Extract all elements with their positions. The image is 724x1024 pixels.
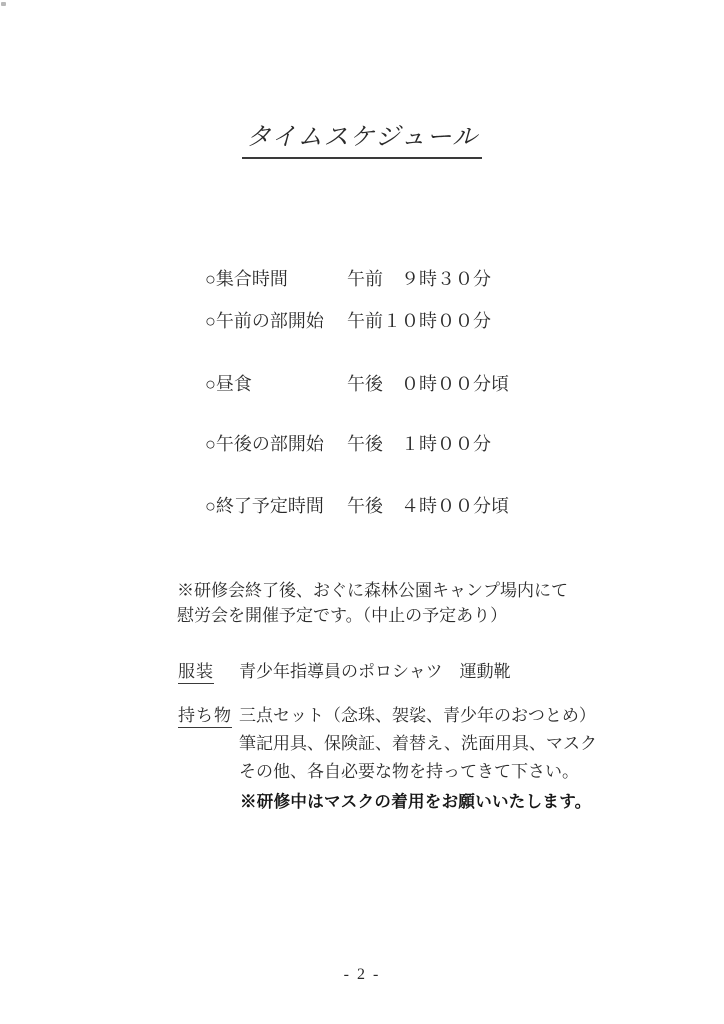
section-clothing-label: 服装 [178, 662, 214, 684]
schedule-label: ○終了予定時間 [205, 497, 347, 515]
schedule-row-meeting-time: ○集合時間 午前 ９時３０分 [205, 270, 509, 288]
section-belongings-line3: その他、各自必要な物を持ってきて下さい。 [239, 758, 597, 786]
schedule-row-afternoon-start: ○午後の部開始 午後 １時００分 [205, 435, 509, 453]
schedule-time: 午前 ９時３０分 [347, 270, 491, 288]
note-after-session: ※研修会終了後、おぐに森林公園キャンプ場内にて 慰労会を開催予定です。（中止の予… [177, 578, 568, 628]
schedule-row-morning-start: ○午前の部開始 午前１０時００分 [205, 312, 509, 330]
section-belongings-label: 持ち物 [178, 706, 232, 728]
schedule-list: ○集合時間 午前 ９時３０分 ○午前の部開始 午前１０時００分 ○昼食 午後 ０… [205, 270, 509, 515]
schedule-time: 午前１０時００分 [347, 312, 491, 330]
page-title: タイムスケジュール [242, 124, 482, 159]
section-belongings-line2: 筆記用具、保険証、着替え、洗面用具、マスク [239, 730, 597, 758]
scan-artifact-speck [1, 2, 6, 6]
section-belongings-content: 三点セット（念珠、袈裟、青少年のおつとめ） 筆記用具、保険証、着替え、洗面用具、… [239, 702, 597, 786]
section-clothing-label-col: 服装 [178, 658, 239, 686]
note-after-session-line1: ※研修会終了後、おぐに森林公園キャンプ場内にて [177, 578, 568, 603]
schedule-label: ○集合時間 [205, 270, 347, 288]
schedule-label: ○昼食 [205, 375, 347, 393]
schedule-time: 午後 １時００分 [347, 435, 491, 453]
schedule-label: ○午後の部開始 [205, 435, 347, 453]
schedule-row-end-time: ○終了予定時間 午後 ４時００分頃 [205, 497, 509, 515]
schedule-time: 午後 ４時００分頃 [347, 497, 509, 515]
page-number: - 2 - [0, 966, 724, 984]
note-mask-required: ※研修中はマスクの着用をお願いいたします。 [240, 788, 591, 812]
section-belongings-label-col: 持ち物 [178, 702, 239, 786]
section-belongings-line1: 三点セット（念珠、袈裟、青少年のおつとめ） [239, 702, 597, 730]
scanned-document-page: タイムスケジュール ○集合時間 午前 ９時３０分 ○午前の部開始 午前１０時００… [0, 0, 724, 1024]
schedule-row-lunch: ○昼食 午後 ０時００分頃 [205, 375, 509, 393]
schedule-time: 午後 ０時００分頃 [347, 375, 509, 393]
section-clothing-line: 青少年指導員のポロシャツ 運動靴 [239, 658, 511, 686]
title-block: タイムスケジュール [0, 124, 724, 159]
note-after-session-line2: 慰労会を開催予定です。（中止の予定あり） [177, 603, 568, 628]
section-clothing-content: 青少年指導員のポロシャツ 運動靴 [239, 658, 511, 686]
section-clothing: 服装 青少年指導員のポロシャツ 運動靴 [178, 658, 511, 686]
schedule-label: ○午前の部開始 [205, 312, 347, 330]
section-belongings: 持ち物 三点セット（念珠、袈裟、青少年のおつとめ） 筆記用具、保険証、着替え、洗… [178, 702, 597, 786]
